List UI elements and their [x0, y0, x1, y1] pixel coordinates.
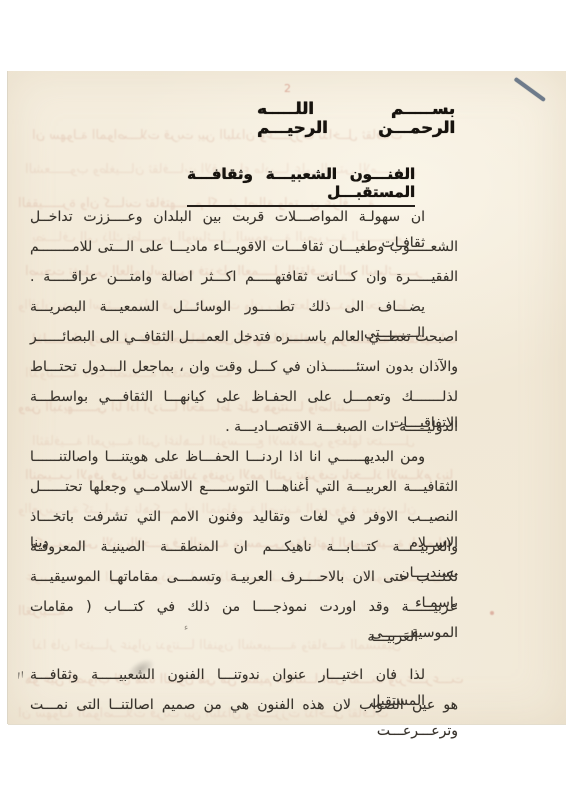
- body-text-block: ان سهولـة المواصـــلات قربت بين البلدان …: [30, 204, 458, 722]
- text-line: الثقافيـــة العربيـــة التي أغناهـــا ال…: [30, 474, 458, 504]
- text-line: اصبحت تغطــي العالم باســــره فتدخل العم…: [30, 324, 458, 354]
- stray-ink-mark: ء: [184, 623, 188, 633]
- text-line: الدوليـــــة ذات الصبغـــة الاقتصــاديــ…: [30, 414, 458, 444]
- text-line: والآذان بدون استئـــــــذان في كـــل وقت…: [30, 354, 458, 384]
- text-line: هو عين الصواب لان هذه الفنون هي من صميم …: [30, 692, 458, 722]
- text-line: لذلـــــــك وتعمـــل على الحفـاظ على كيا…: [30, 384, 458, 414]
- basmala-heading: بســـــم اللـــــه الرحمـــن الرحيـــم: [257, 99, 455, 137]
- text-line: ومن البديهــــــي انا اذا اردنـــا الحفـ…: [30, 444, 458, 474]
- ink-dot-artifact: [490, 611, 494, 615]
- text-line: النصيــب الاوفر في لغات وتقاليد وفنون ال…: [30, 504, 458, 534]
- text-line: عربيــــــة وقد اوردت نموذجــــا من ذلك …: [30, 594, 458, 624]
- text-line: الشعـــــوب وطغيـــان ثقافـــات الاقويــ…: [30, 234, 458, 264]
- scanned-document-page: ان سهولـة المواصـــلات قربت بين البلدان …: [8, 71, 566, 724]
- document-title: الفنـــون الشعبيـــة وثقافـــة المستقبــ…: [187, 165, 415, 207]
- text-line: يضـــاف الى ذلك تطـــــور الوسائـــل الس…: [30, 294, 458, 324]
- handwritten-ditto-mark: 〃: [11, 663, 29, 685]
- text-line: الفقيـــــرة وان كـــانت ثقافتهـــــم اك…: [30, 264, 458, 294]
- text-line: تكتـــب حتى الان بالاحــــرف العربيـة وت…: [30, 564, 458, 594]
- text-line: والعربيـــــة كتـــابـــة ناهيكـــم ان ا…: [30, 534, 458, 564]
- scanned-document-scan-background: ان سهولـة المواصـــلات قربت بين البلدان …: [0, 0, 566, 800]
- text-line: ان سهولـة المواصـــلات قربت بين البلدان …: [30, 204, 458, 234]
- text-line: العَربيـــة: [30, 624, 458, 654]
- faint-page-number: 2: [284, 82, 291, 95]
- text-line: لذا فان اختيـــار عنوان ندوتنـــا الفنون…: [30, 662, 458, 692]
- pen-stroke-mark: [514, 77, 546, 102]
